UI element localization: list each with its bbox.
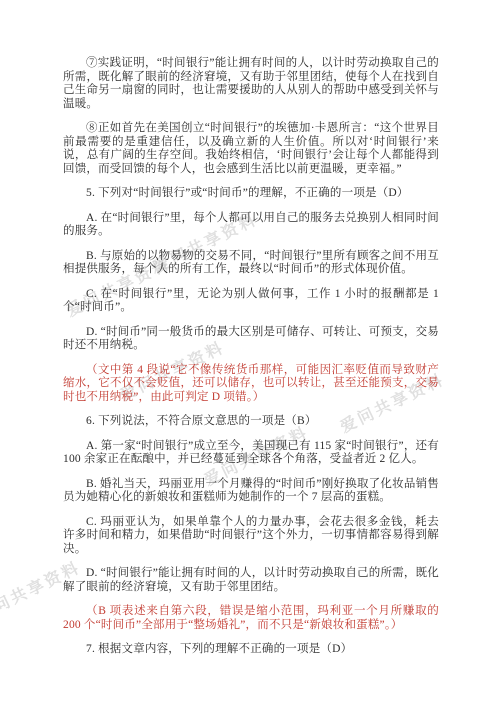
q5-option-a: A. 在“时间银行”里，每个人都可以用自己的服务去兑换别人相同时间的服务。 bbox=[63, 212, 439, 239]
q5-option-c: C. 在“时间银行”里，无论为别人做何事，工作 1 小时的报酬都是 1 个“时间… bbox=[63, 288, 439, 315]
q6-option-b: B. 婚礼当天，玛丽亚用一个月赚得的“时间币”刚好换取了化妆品销售员为她精心化的… bbox=[63, 478, 439, 505]
document-page: 爱问共享资料爱问共享资料爱问共享资料爱问共享资料爱问共享资料爱问共享资料 ⑦实践… bbox=[0, 0, 500, 707]
question-5: 5. 下列对“时间银行”或“时间币”的理解，不正确的一项是（D） bbox=[63, 187, 439, 201]
q6-option-d: D. “时间银行”能让拥有时间的人，以计时劳动换取自己的所需，既化解了眼前的经济… bbox=[63, 567, 439, 594]
q6-option-a: A. 第一家“时间银行”成立至今，美国现已有 115 家“时间银行”，还有 10… bbox=[63, 440, 439, 467]
q5-option-d: D. “时间币”同一般货币的最大区别是可储存、可转让、可预支，交易时还不用纳税。 bbox=[63, 326, 439, 353]
document-content: ⑦实践证明，“时间银行”能让拥有时间的人，以计时劳动换取自己的所需，既化解了眼前… bbox=[63, 57, 439, 668]
para-8: ⑧正如首先在美国创立“时间银行”的埃德加·卡恩所言：“这个世界目前最需要的是重建… bbox=[63, 122, 439, 176]
question-6: 6. 下列说法，不符合原文意思的一项是（B） bbox=[63, 415, 439, 429]
q5-option-b: B. 与原始的以物易物的交易不同，“时间银行”里所有顾客之间不用互相提供服务，每… bbox=[63, 250, 439, 277]
para-7: ⑦实践证明，“时间银行”能让拥有时间的人，以计时劳动换取自己的所需，既化解了眼前… bbox=[63, 57, 439, 111]
question-7: 7. 根据文章内容，下列的理解不正确的一项是（D） bbox=[63, 643, 439, 657]
q6-answer-note: （B 项表述来自第六段，错误是缩小范围，玛利亚一个月所赚取的 200 个“时间币… bbox=[63, 605, 439, 632]
q6-option-c: C. 玛丽亚认为，如果单靠个人的力量办事，会花去很多金钱，耗去许多时间和精力，如… bbox=[63, 516, 439, 557]
q5-answer-note: （文中第 4 段说“它不像传统货币那样，可能因汇率贬值而导致财产缩水，它不仅不会… bbox=[63, 364, 439, 405]
